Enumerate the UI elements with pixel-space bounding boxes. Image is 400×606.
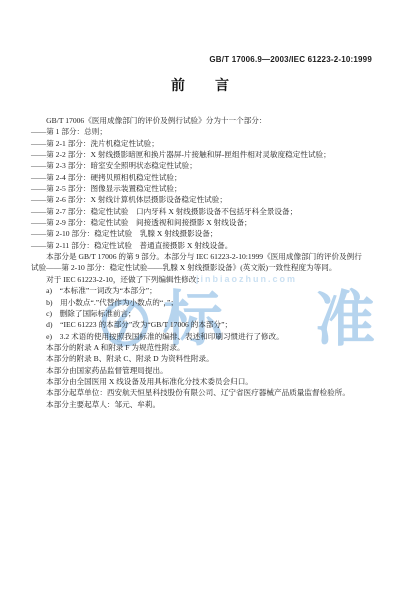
body-line: e) 3.2 术语的使用按照我国标准的编排、表述和印刷习惯进行了修改。 bbox=[31, 331, 375, 342]
body-line: 本部分的附录 B、附录 C、附录 D 为资料性附录。 bbox=[31, 353, 375, 364]
body-line: ——第 2-1 部分：洗片机稳定性试验； bbox=[31, 138, 375, 149]
body-line: ——第 2-4 部分：硬拷贝照相机稳定性试验； bbox=[31, 172, 375, 183]
body-line: ——第 2-2 部分：X 射线摄影暗匣和换片器屏-片接触和屏-匣组件相对灵敏度稳… bbox=[31, 149, 375, 160]
body-line: ——第 2-10 部分：稳定性试验 乳腺 X 射线摄影设备； bbox=[31, 228, 375, 239]
body-line: d) “IEC 61223 的本部分”改为“GB/T 17006 的本部分”； bbox=[31, 319, 375, 330]
body-line: ——第 2-7 部分：稳定性试验 口内牙科 X 射线摄影设备不包括牙科全景设备； bbox=[31, 206, 375, 217]
body-line: 试验——第 2-10 部分：稳定性试验——乳腺 X 射线摄影设备》(英文版)一致… bbox=[31, 262, 375, 273]
body-line: 本部分起草单位：西安航天恒星科技股份有限公司、辽宁省医疗器械产品质量监督检验所。 bbox=[31, 387, 375, 398]
body-line: ——第 1 部分：总则； bbox=[31, 126, 375, 137]
page-title: 前 言 bbox=[0, 75, 400, 95]
body-line: 本部分由国家药品监督管理局提出。 bbox=[31, 365, 375, 376]
foreword-body: GB/T 17006《医用成像部门的评价及例行试验》分为十一个部分： ——第 1… bbox=[31, 115, 375, 410]
document-page: jinbiaozhun.com 标 准 GB/T 17006.9—2003/IE… bbox=[0, 0, 400, 606]
body-line: 本部分主要起草人：邹元、牟莉。 bbox=[31, 399, 375, 410]
body-line: 本部分的附录 A 和附录 F 为规范性附录。 bbox=[31, 342, 375, 353]
body-line: ——第 2-9 部分：稳定性试验 间接透视和间接摄影 X 射线设备； bbox=[31, 217, 375, 228]
standard-number: GB/T 17006.9—2003/IEC 61223-2-10:1999 bbox=[209, 55, 372, 64]
body-line: ——第 2-6 部分：X 射线计算机体层摄影设备稳定性试验； bbox=[31, 194, 375, 205]
body-line: c) 删除了国际标准前言； bbox=[31, 308, 375, 319]
body-line: 对于 IEC 61223-2-10，还做了下列编辑性修改： bbox=[31, 274, 375, 285]
body-line: ——第 2-3 部分：暗室安全照明状态稳定性试验； bbox=[31, 160, 375, 171]
body-line: 本部分是 GB/T 17006 的第 9 部分。本部分与 IEC 61223-2… bbox=[31, 251, 375, 262]
body-line: 本部分由全国医用 X 线设备及用具标准化分技术委员会归口。 bbox=[31, 376, 375, 387]
body-line: ——第 2-5 部分：图像显示装置稳定性试验； bbox=[31, 183, 375, 194]
body-line: GB/T 17006《医用成像部门的评价及例行试验》分为十一个部分： bbox=[31, 115, 375, 126]
body-line: ——第 2-11 部分：稳定性试验 普通直接摄影 X 射线设备。 bbox=[31, 240, 375, 251]
body-line: a) “本标准”一词改为“本部分”； bbox=[31, 285, 375, 296]
body-line: b) 用小数点“.”代替作为小数点的“，”； bbox=[31, 297, 375, 308]
